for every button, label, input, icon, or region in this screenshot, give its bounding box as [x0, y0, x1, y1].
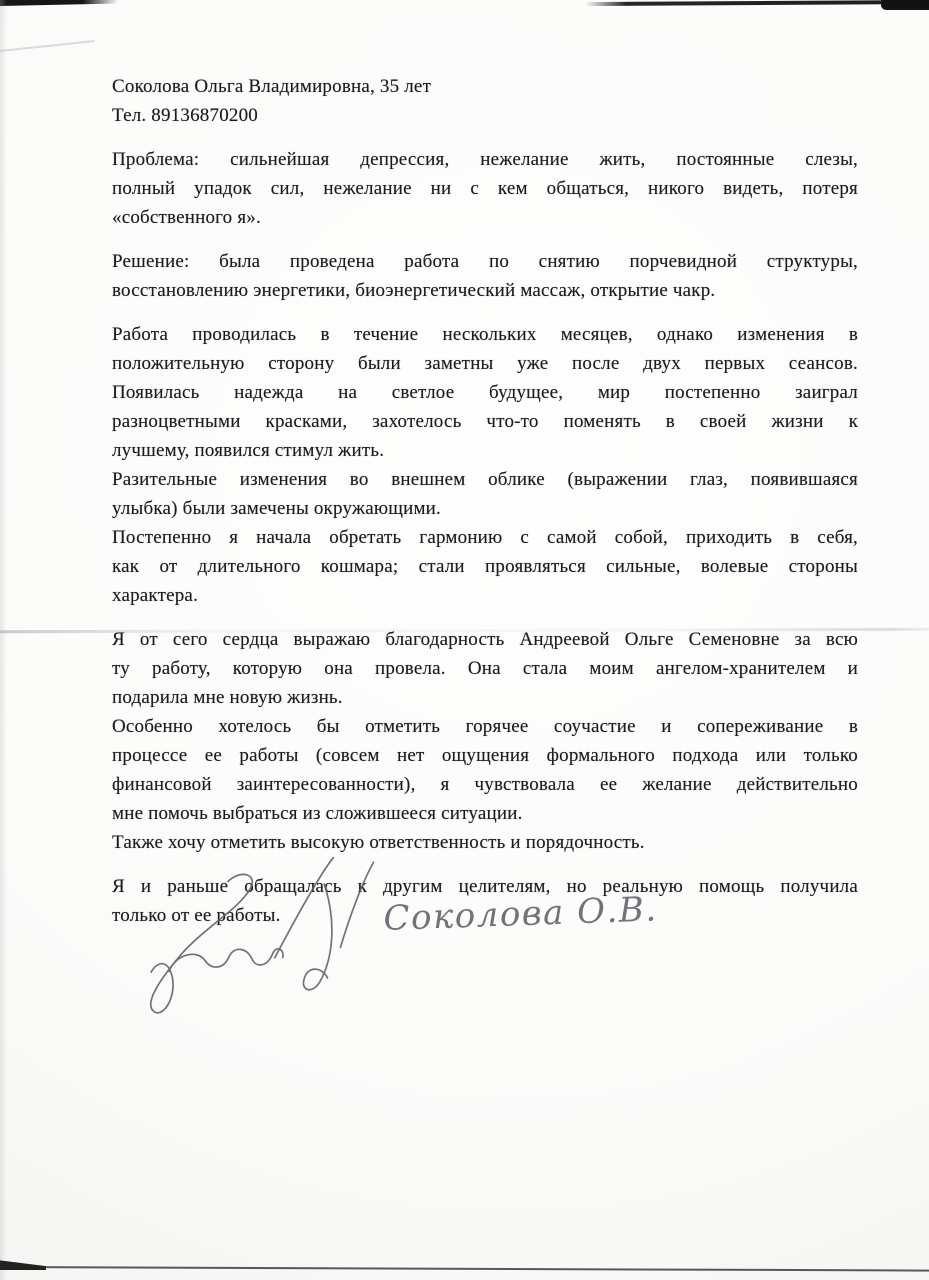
signature-flourish-loop: [146, 874, 256, 1013]
signature-flourish-cross: [300, 884, 334, 990]
text-line: мне помочь выбраться из сложившееся ситу…: [112, 799, 858, 828]
scan-artifact-top-corner: [881, 0, 929, 10]
scanned-letter-page: Соколова Ольга Владимировна, 35 летТел. …: [0, 0, 929, 1280]
letter-body: Соколова Ольга Владимировна, 35 летТел. …: [112, 72, 858, 945]
text-line: Появилась надежда на светлое будущее, ми…: [112, 378, 858, 407]
text-line: «собственного я».: [112, 203, 858, 232]
text-line: Разительные изменения во внешнем облике …: [112, 465, 858, 494]
signature-flourish-tall-stroke: [271, 858, 336, 958]
scan-artifact-bottom-edge: [0, 1266, 929, 1272]
text-line: улыбка) были замечены окружающими.: [112, 494, 858, 523]
scan-artifact-top-edge-left: [0, 0, 118, 6]
text-line: финансовой заинтересованности), я чувств…: [112, 770, 858, 799]
text-line: лучшему, появился стимул жить.: [112, 436, 858, 465]
scan-left-edge-shadow: [0, 0, 7, 1280]
text-line: Особенно хотелось бы отметить горячее со…: [112, 712, 858, 741]
paragraph-block: Соколова Ольга Владимировна, 35 летТел. …: [112, 72, 858, 130]
document-blocks: Соколова Ольга Владимировна, 35 летТел. …: [112, 72, 858, 930]
paragraph-block: Я от сего сердца выражаю благодарность А…: [112, 625, 858, 857]
text-line: положительную сторону были заметны уже п…: [112, 349, 858, 378]
text-line: разноцветными красками, захотелось что-т…: [112, 407, 858, 436]
scan-artifact-top-edge-right: [585, 0, 929, 6]
text-line: восстановлению энергетики, биоэнергетиче…: [112, 276, 858, 305]
text-line: Работа проводилась в течение нескольких …: [112, 320, 858, 349]
scan-crease-top-left: [0, 40, 95, 52]
text-line: Проблема: сильнейшая депрессия, нежелани…: [112, 145, 858, 174]
text-line: ту работу, которую она провела. Она стал…: [112, 654, 858, 683]
text-line: как от длительного кошмара; стали проявл…: [112, 552, 858, 581]
text-line: Постепенно я начала обретать гармонию с …: [112, 523, 858, 552]
text-line: Тел. 89136870200: [112, 101, 858, 130]
text-line: Соколова Ольга Владимировна, 35 лет: [112, 72, 858, 101]
handwritten-signature: Соколова О.В.: [112, 854, 672, 1014]
paragraph-block: Работа проводилась в течение нескольких …: [112, 320, 858, 610]
scan-artifact-bottom-corner: [0, 1258, 46, 1270]
text-line: характера.: [112, 581, 858, 610]
text-line: процессе ее работы (совсем нет ощущения …: [112, 741, 858, 770]
text-line: подарила мне новую жизнь.: [112, 683, 858, 712]
signature-flourish-humps: [168, 948, 283, 972]
signature-leading-slash: [338, 862, 377, 947]
text-line: Также хочу отметить высокую ответственно…: [112, 828, 858, 857]
text-line: Решение: была проведена работа по снятию…: [112, 247, 858, 276]
text-line: полный упадок сил, нежелание ни с кем об…: [112, 174, 858, 203]
text-line: Я от сего сердца выражаю благодарность А…: [112, 625, 858, 654]
paragraph-block: Проблема: сильнейшая депрессия, нежелани…: [112, 145, 858, 232]
signature-name-text: Соколова О.В.: [383, 889, 658, 939]
paragraph-block: Решение: была проведена работа по снятию…: [112, 247, 858, 305]
